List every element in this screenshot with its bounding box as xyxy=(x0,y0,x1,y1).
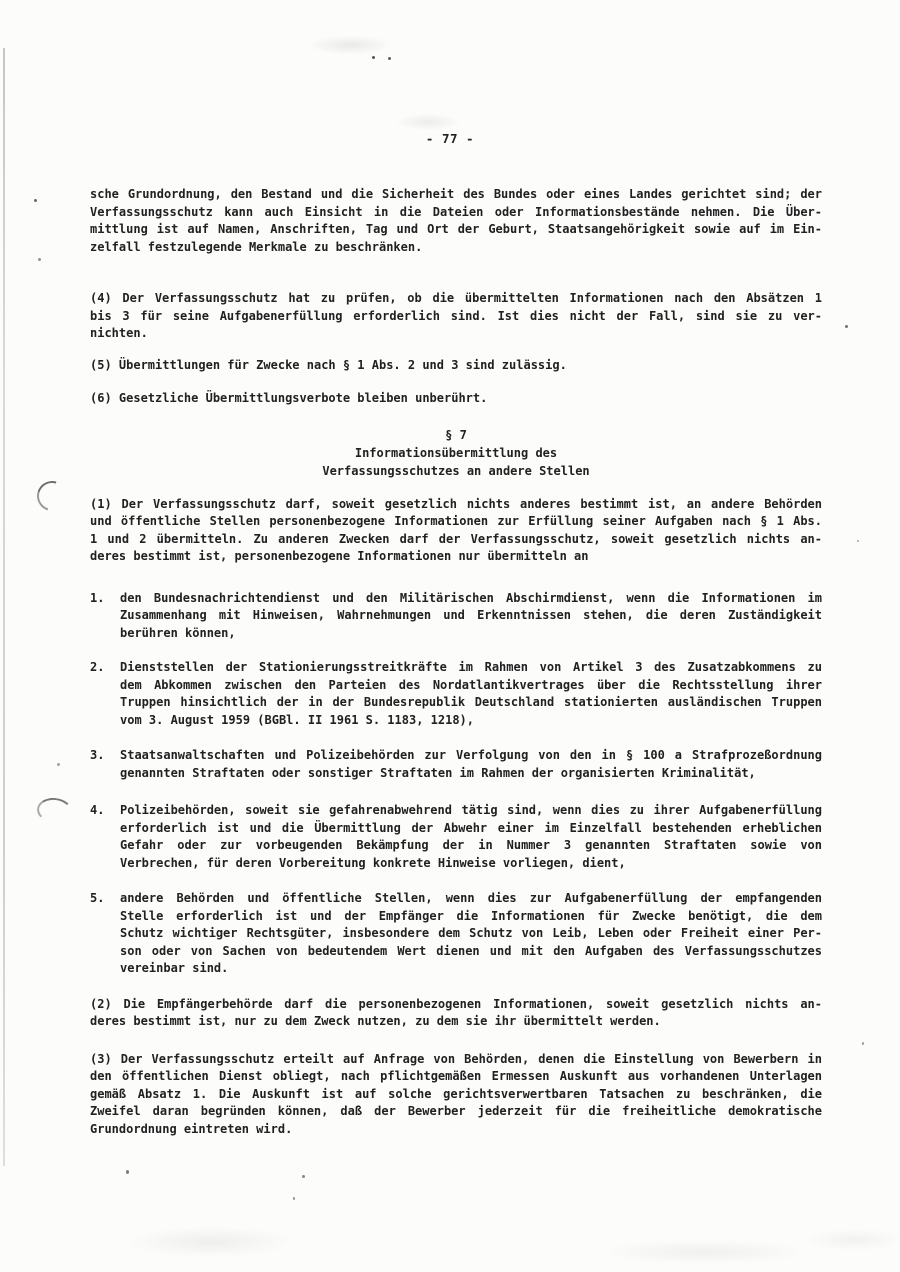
text-line: vom 3. August 1959 (BGBl. II 1961 S. 118… xyxy=(120,712,822,730)
section-symbol: § 7 xyxy=(90,426,822,444)
scan-speck xyxy=(302,1175,305,1178)
paragraph-abs6: (6) Gesetzliche Übermittlungsverbote ble… xyxy=(90,390,822,408)
text-line: andere Behörden und öffentliche Stellen,… xyxy=(120,890,822,908)
text-line: (6) Gesetzliche Übermittlungsverbote ble… xyxy=(90,390,822,408)
scan-arc-mark-top xyxy=(32,476,73,517)
text-line: berühren können, xyxy=(120,625,822,643)
section-title-line: Verfassungsschutzes an andere Stellen xyxy=(90,462,822,480)
text-line: mittlung ist auf Namen, Anschriften, Tag… xyxy=(90,221,822,239)
list-item-text: den Bundesnachrichtendienst und den Mili… xyxy=(120,590,822,643)
text-line: Verfassungsschutz kann auch Einsicht in … xyxy=(90,204,822,222)
text-line: Schutz wichtiger Rechtsgüter, insbesonde… xyxy=(120,925,822,943)
scan-speck xyxy=(857,540,859,542)
text-line: gemäß Absatz 1. Die Auskunft ist auf sol… xyxy=(90,1086,822,1104)
text-line: Verbrechen, für deren Vorbereitung konkr… xyxy=(120,855,822,873)
text-line: deres bestimmt ist, personenbezogene Inf… xyxy=(90,548,822,566)
list-item-4: 4. Polizeibehörden, soweit sie gefahrena… xyxy=(90,802,822,872)
list-item-number: 2. xyxy=(90,659,120,729)
text-line: Polizeibehörden, soweit sie gefahrenabwe… xyxy=(120,802,822,820)
section-title-line: Informationsübermittlung des xyxy=(90,444,822,462)
scan-arc-mark-bottom xyxy=(36,796,73,825)
text-line: erforderlich ist und die Übermittlung de… xyxy=(120,820,822,838)
scan-speck xyxy=(34,199,37,202)
scan-speck xyxy=(293,1197,295,1200)
paragraph-abs4: (4) Der Verfassungsschutz hat zu prüfen,… xyxy=(90,290,822,343)
page-number: - 77 - xyxy=(0,131,900,146)
text-line: sche Grundordnung, den Bestand und die S… xyxy=(90,186,822,204)
list-item-3: 3. Staatsanwaltschaften und Polizeibehör… xyxy=(90,747,822,782)
paragraph-abs2: (2) Die Empfängerbehörde darf die person… xyxy=(90,996,822,1031)
text-line: den Bundesnachrichtendienst und den Mili… xyxy=(120,590,822,608)
document-body: sche Grundordnung, den Bestand und die S… xyxy=(90,186,822,1138)
text-line: (4) Der Verfassungsschutz hat zu prüfen,… xyxy=(90,290,822,308)
text-line: nichten. xyxy=(90,325,822,343)
text-line: bis 3 für seine Aufgabenerfüllung erford… xyxy=(90,308,822,326)
text-line: (3) Der Verfassungsschutz erteilt auf An… xyxy=(90,1051,822,1069)
text-line: Truppen hinsichtlich der in der Bundesre… xyxy=(120,694,822,712)
text-line: Grundordnung eintreten wird. xyxy=(90,1121,822,1139)
list-item-1: 1. den Bundesnachrichtendienst und den M… xyxy=(90,590,822,643)
text-line: Zusammenhang mit Hinweisen, Wahrnehmunge… xyxy=(120,607,822,625)
text-line: und öffentliche Stellen personenbezogene… xyxy=(90,513,822,531)
list-item-text: Dienststellen der Stationierungsstreitkr… xyxy=(120,659,822,729)
text-line: (5) Übermittlungen für Zwecke nach § 1 A… xyxy=(90,357,822,375)
list-item-5: 5. andere Behörden und öffentliche Stell… xyxy=(90,890,822,978)
scan-speck xyxy=(372,56,375,59)
text-line: deres bestimmt ist, nur zu dem Zweck nut… xyxy=(90,1013,822,1031)
text-line: 1 und 2 übermitteln. Zu anderen Zwecken … xyxy=(90,531,822,549)
list-item-text: Polizeibehörden, soweit sie gefahrenabwe… xyxy=(120,802,822,872)
scan-speck xyxy=(845,325,848,328)
list-item-2: 2. Dienststellen der Stationierungsstrei… xyxy=(90,659,822,729)
scan-edge-line xyxy=(3,48,5,1166)
scanned-document-page: - 77 - sche Grundordnung, den Bestand un… xyxy=(0,0,900,1272)
text-line: Dienststellen der Stationierungsstreitkr… xyxy=(120,659,822,677)
paragraph-abs3: (3) Der Verfassungsschutz erteilt auf An… xyxy=(90,1051,822,1139)
text-line: genannten Straftaten oder sonstiger Stra… xyxy=(120,765,822,783)
paragraph-abs5: (5) Übermittlungen für Zwecke nach § 1 A… xyxy=(90,357,822,375)
scan-speck xyxy=(57,763,60,766)
list-item-text: Staatsanwaltschaften und Polizeibehörden… xyxy=(120,747,822,782)
text-line: (2) Die Empfängerbehörde darf die person… xyxy=(90,996,822,1014)
section-7-heading: § 7 Informationsübermittlung des Verfass… xyxy=(90,426,822,480)
list-item-number: 3. xyxy=(90,747,120,782)
paragraph-abs1: (1) Der Verfassungsschutz darf, soweit g… xyxy=(90,496,822,566)
transfer-recipients-list: 1. den Bundesnachrichtendienst und den M… xyxy=(90,590,822,978)
paragraph-grundordnung-continuation: sche Grundordnung, den Bestand und die S… xyxy=(90,186,822,256)
text-line: (1) Der Verfassungsschutz darf, soweit g… xyxy=(90,496,822,514)
text-line: vereinbar sind. xyxy=(120,960,822,978)
list-item-number: 4. xyxy=(90,802,120,872)
list-item-number: 5. xyxy=(90,890,120,978)
list-item-text: andere Behörden und öffentliche Stellen,… xyxy=(120,890,822,978)
scan-speck xyxy=(862,1042,864,1045)
text-line: Stelle erforderlich ist und der Empfänge… xyxy=(120,908,822,926)
text-line: Zweifel daran begründen können, daß der … xyxy=(90,1103,822,1121)
text-line: Staatsanwaltschaften und Polizeibehörden… xyxy=(120,747,822,765)
text-line: dem Abkommen zwischen den Parteien des N… xyxy=(120,677,822,695)
text-line: Gefahr oder zur vorbeugenden Bekämpfung … xyxy=(120,837,822,855)
text-line: den öffentlichen Dienst obliegt, nach pf… xyxy=(90,1068,822,1086)
text-line: son oder von Sachen von bedeutendem Wert… xyxy=(120,943,822,961)
scan-speck xyxy=(126,1170,129,1174)
scan-speck xyxy=(38,258,41,261)
scan-speck xyxy=(388,57,391,60)
list-item-number: 1. xyxy=(90,590,120,643)
text-line: zelfall festzulegende Merkmale zu beschr… xyxy=(90,239,822,257)
